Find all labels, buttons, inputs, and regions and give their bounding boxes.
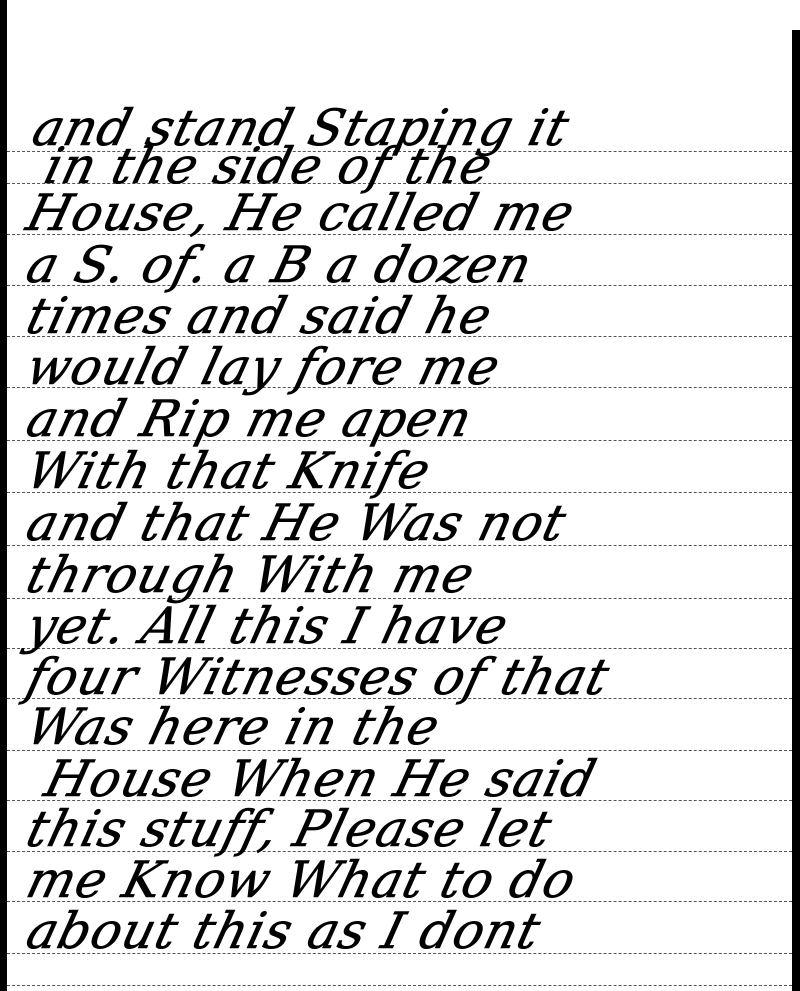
handwritten-line-12: four Witnesses of that (22, 652, 800, 702)
handwritten-line-7: and Rip me apen (22, 394, 800, 444)
handwritten-line-4: a S. of. a B a dozen (22, 240, 800, 290)
ruled-line (7, 985, 792, 986)
handwritten-line-15: this stuff, Please let (22, 804, 800, 854)
scanned-letter-page: and stand Staping it in the side of the … (0, 0, 800, 991)
handwritten-line-16: me Know What to do (22, 855, 800, 905)
handwritten-line-9: and that He Was not (22, 498, 800, 548)
scan-border-left (0, 0, 7, 991)
handwritten-line-6: would lay fore me (22, 342, 800, 392)
handwritten-line-10: through With me (22, 550, 800, 600)
handwritten-line-11: yet. All this I have (22, 601, 800, 651)
handwritten-line-14: House When He said (40, 754, 800, 804)
handwritten-line-3: House, He called me (22, 188, 800, 238)
handwritten-line-5: times and said he (22, 291, 800, 341)
handwritten-line-8: With that Knife (22, 446, 800, 496)
handwritten-line-13: Was here in the (22, 702, 800, 752)
handwritten-line-17: about this as I dont (22, 906, 800, 956)
